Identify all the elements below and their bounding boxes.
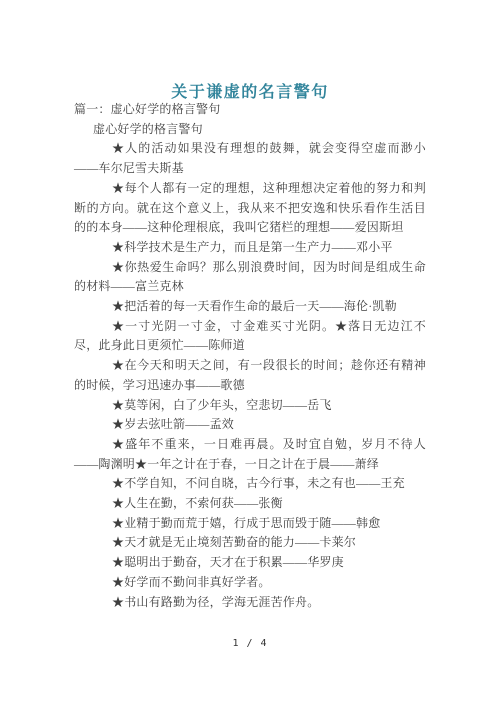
quote-paragraph: ★好学而不勤问非真好学者。	[74, 573, 426, 593]
page-title: 关于谦虚的名言警句	[0, 79, 500, 102]
quote-paragraph: ★聪明出于勤奋，天才在于积累——华罗庚	[74, 553, 426, 573]
quote-paragraph: ★莫等闲，白了少年头，空悲切——岳飞	[74, 396, 426, 416]
quote-paragraph: ★业精于勤而荒于嬉，行成于思而毁于随——韩愈	[74, 514, 426, 534]
quote-paragraph: ★书山有路勤为径，学海无涯苦作舟。	[74, 593, 426, 613]
quote-paragraph: ★不学自知，不问自晓，古今行事，未之有也——王充	[74, 474, 426, 494]
quote-paragraph: ★每个人都有一定的理想，这种理想决定着他的努力和判断的方向。就在这个意义上，我从…	[74, 179, 426, 238]
section-subheading: 虚心好学的格言警句	[74, 120, 426, 140]
section-heading: 篇一：虚心好学的格言警句	[74, 100, 426, 120]
quote-paragraph: ★你热爱生命吗？那么别浪费时间，因为时间是组成生命的材料——富兰克林	[74, 258, 426, 297]
quote-paragraph: ★把活着的每一天看作生命的最后一天——海伦·凯勒	[74, 297, 426, 317]
quote-paragraph: ★岁去弦吐箭——孟效	[74, 415, 426, 435]
quote-paragraph: ★科学技术是生产力，而且是第一生产力——邓小平	[74, 238, 426, 258]
document-body: 篇一：虚心好学的格言警句 虚心好学的格言警句 ★人的活动如果没有理想的鼓舞，就会…	[74, 100, 426, 612]
page-number-indicator: 1 / 4	[0, 638, 500, 649]
quote-paragraph: ★盛年不重来，一日难再晨。及时宜自勉，岁月不待人——陶渊明★一年之计在于春，一日…	[74, 435, 426, 474]
quote-paragraph: ★人生在勤，不索何获——张衡	[74, 494, 426, 514]
quote-paragraph: ★天才就是无止境刻苦勤奋的能力——卡莱尔	[74, 533, 426, 553]
quote-paragraph: ★在今天和明天之间，有一段很长的时间；趁你还有精神的时候，学习迅速办事——歌德	[74, 356, 426, 395]
quote-paragraph: ★一寸光阴一寸金，寸金难买寸光阴。★落日无边江不尽，此身此日更须忙——陈师道	[74, 317, 426, 356]
document-page: 关于谦虚的名言警句 篇一：虚心好学的格言警句 虚心好学的格言警句 ★人的活动如果…	[0, 0, 500, 707]
quote-paragraph: ★人的活动如果没有理想的鼓舞，就会变得空虚而渺小——车尔尼雪夫斯基	[74, 139, 426, 178]
